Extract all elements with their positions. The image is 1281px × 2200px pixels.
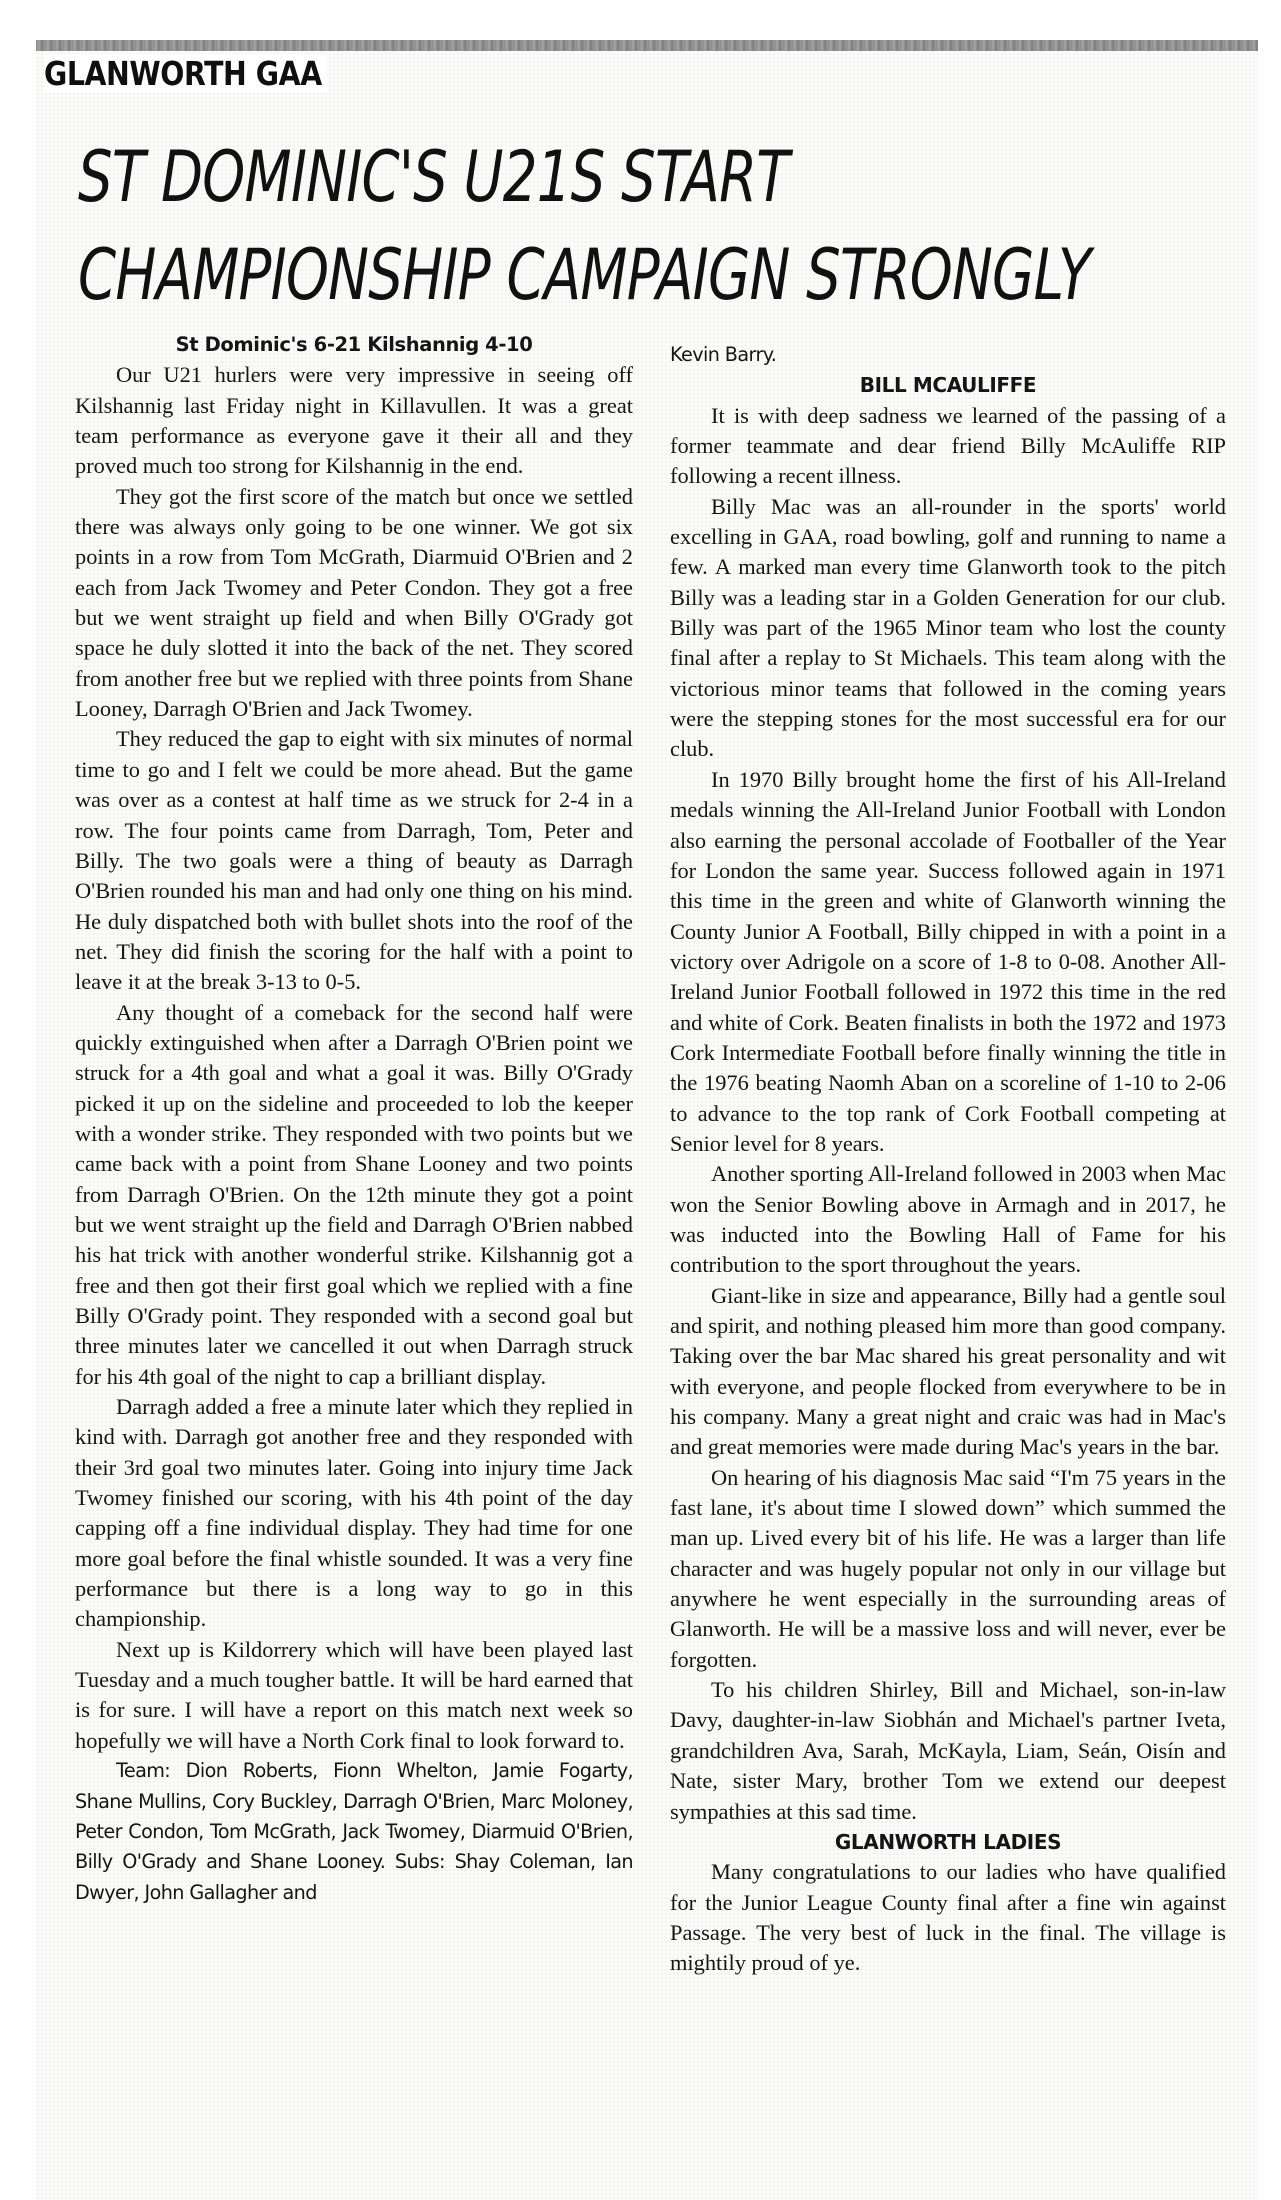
obituary-paragraph: To his children Shirley, Bill and Michae… bbox=[670, 1675, 1226, 1827]
obituary-paragraph: On hearing of his diagnosis Mac said “I'… bbox=[670, 1463, 1226, 1675]
team-lineup-continued: Kevin Barry. bbox=[670, 340, 1226, 370]
obituary-paragraph: It is with deep sadness we learned of th… bbox=[670, 401, 1226, 492]
match-paragraph: They reduced the gap to eight with six m… bbox=[75, 724, 633, 997]
match-paragraph: Any thought of a comeback for the second… bbox=[75, 998, 633, 1392]
obituary-paragraph: In 1970 Billy brought home the first of … bbox=[670, 765, 1226, 1159]
team-lineup: Team: Dion Roberts, Fionn Whelton, Jamie… bbox=[75, 1756, 633, 1908]
section-label: GLANWORTH GAA bbox=[44, 54, 327, 93]
ladies-paragraph: Many congratulations to our ladies who h… bbox=[670, 1857, 1226, 1978]
match-result-subhead: St Dominic's 6-21 Kilshannig 4-10 bbox=[75, 330, 633, 360]
match-paragraph: They got the first score of the match bu… bbox=[75, 482, 633, 725]
headline-line-1: ST DOMINIC'S U21S START bbox=[78, 136, 789, 218]
obituary-paragraph: Billy Mac was an all-rounder in the spor… bbox=[670, 492, 1226, 765]
match-paragraph: Our U21 hurlers were very impressive in … bbox=[75, 360, 633, 481]
ladies-subhead: GLANWORTH LADIES bbox=[670, 1827, 1226, 1857]
obituary-paragraph: Giant-like in size and appearance, Billy… bbox=[670, 1281, 1226, 1463]
top-rule-divider bbox=[36, 40, 1258, 51]
obituary-paragraph: Another sporting All-Ireland followed in… bbox=[670, 1159, 1226, 1280]
headline: ST DOMINIC'S U21S START CHAMPIONSHIP CAM… bbox=[78, 128, 1091, 324]
article-column-right: Kevin Barry. BILL MCAULIFFE It is with d… bbox=[670, 340, 1226, 1979]
match-paragraph: Darragh added a free a minute later whic… bbox=[75, 1392, 633, 1635]
article-column-left: St Dominic's 6-21 Kilshannig 4-10 Our U2… bbox=[75, 330, 633, 1908]
obituary-subhead: BILL MCAULIFFE bbox=[670, 370, 1226, 400]
headline-line-2: CHAMPIONSHIP CAMPAIGN STRONGLY bbox=[78, 234, 1091, 316]
match-paragraph: Next up is Kildorrery which will have be… bbox=[75, 1635, 633, 1756]
